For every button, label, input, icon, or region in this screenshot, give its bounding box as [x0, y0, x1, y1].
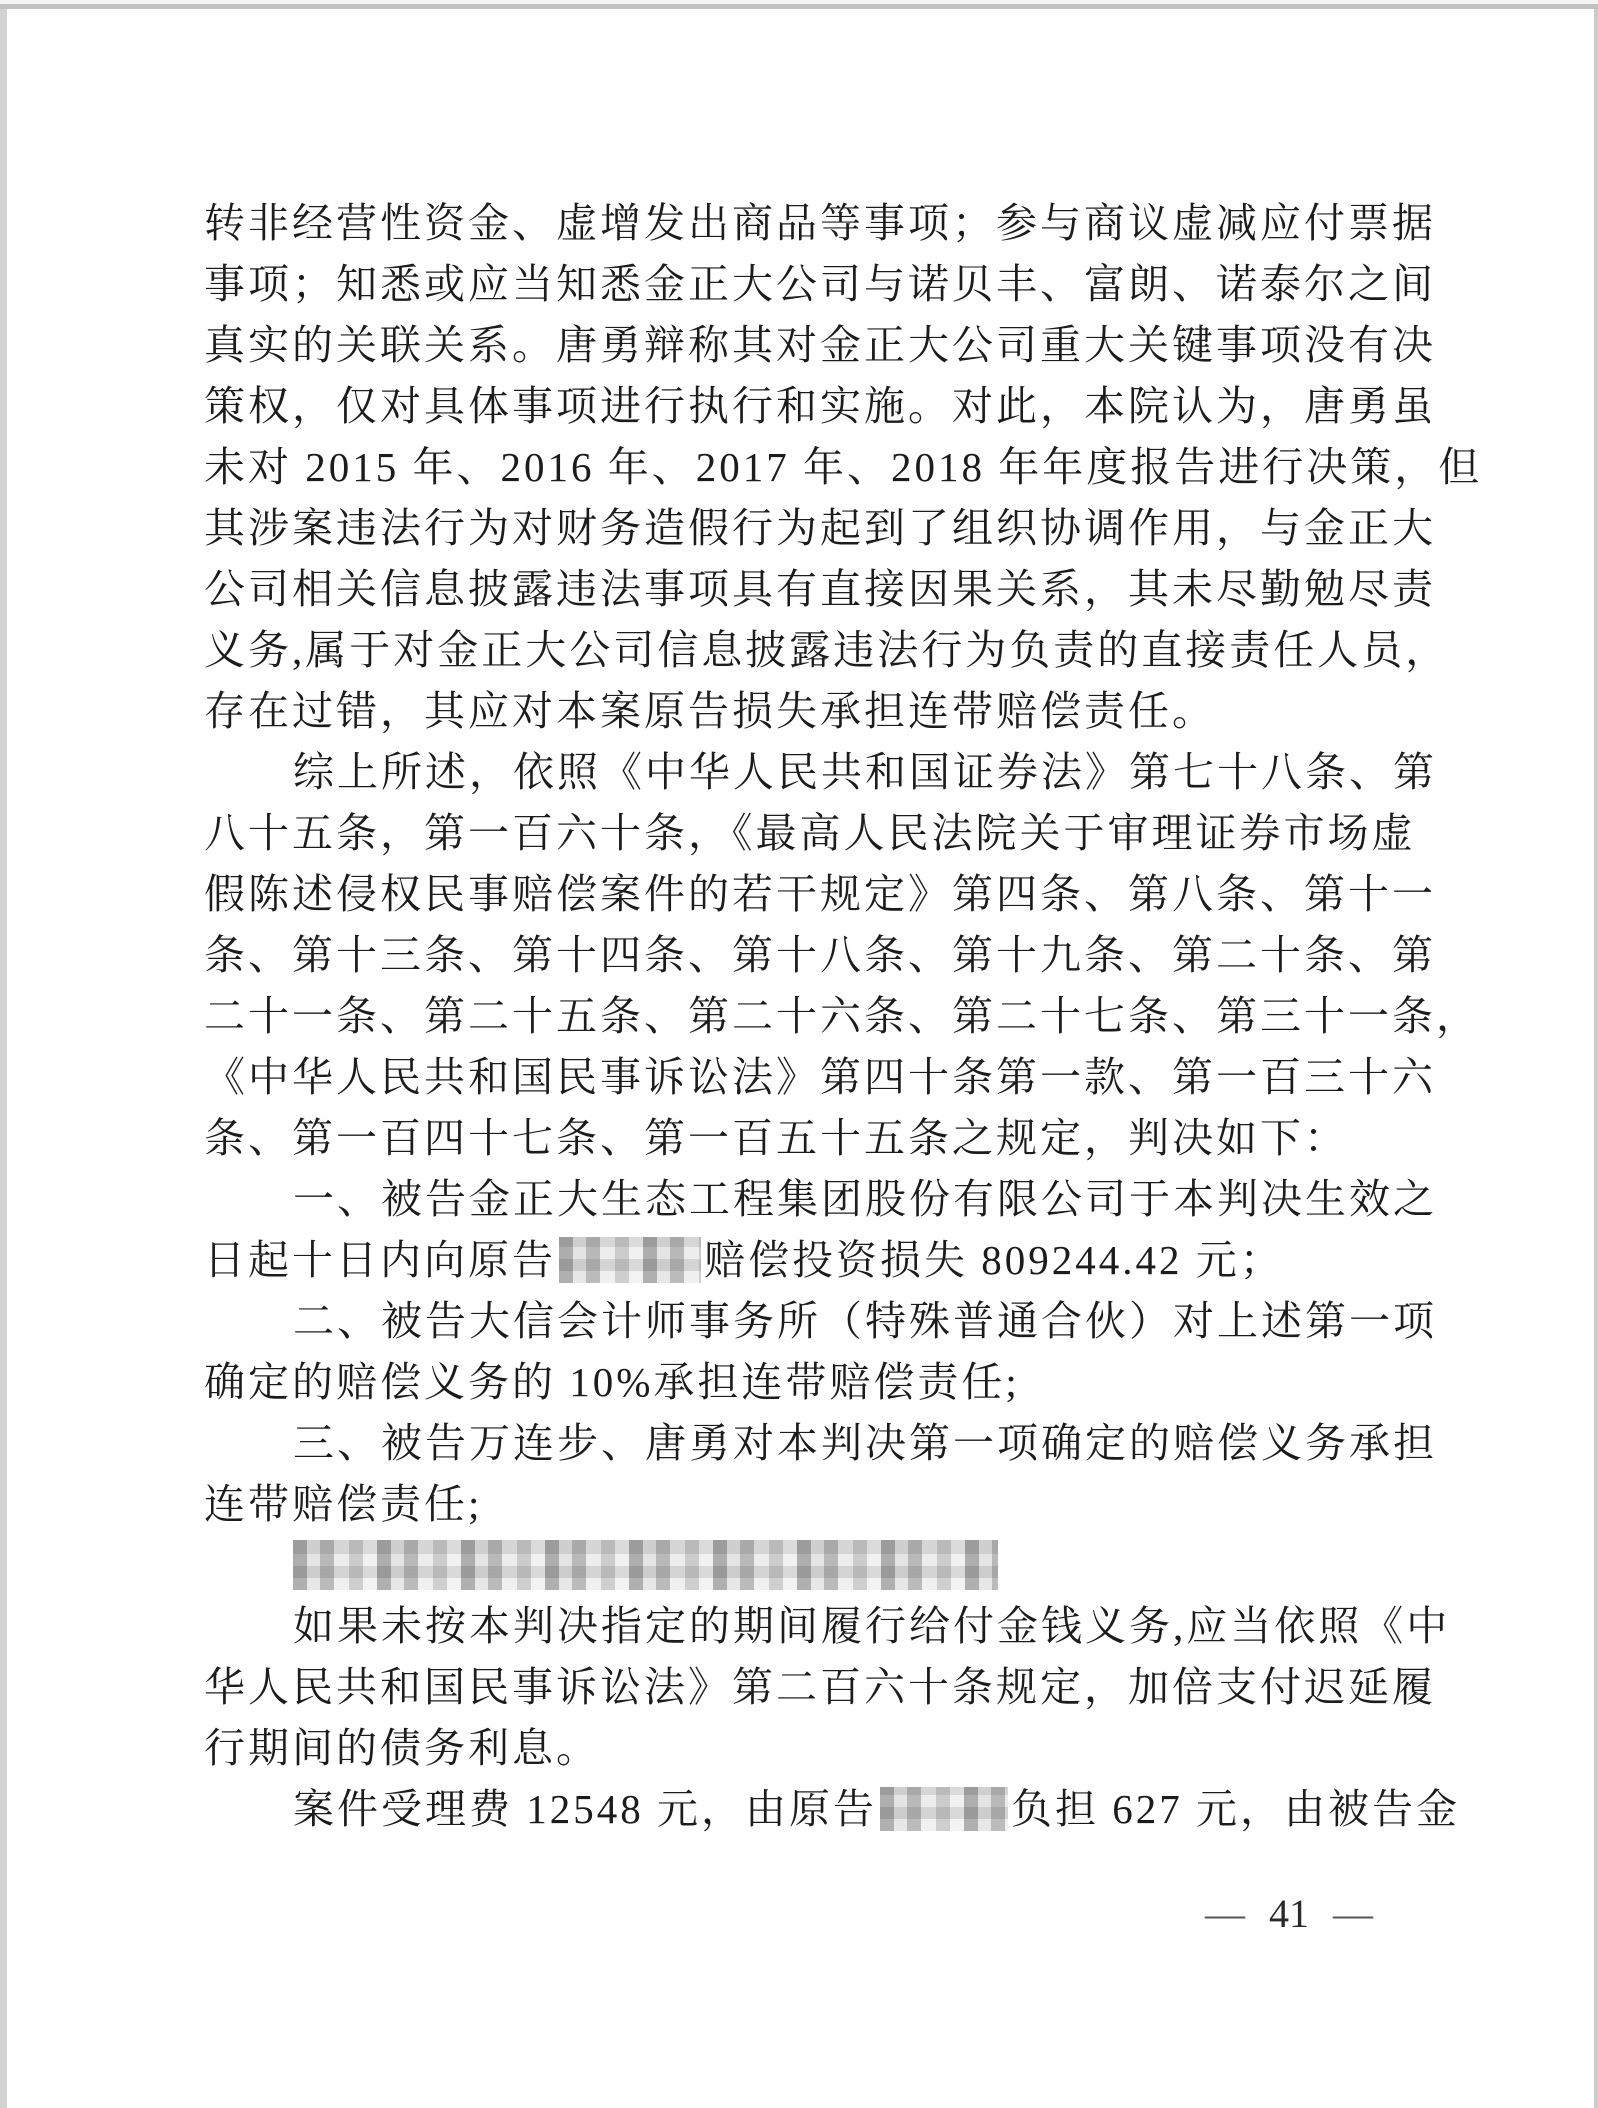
text-line: 未对 2015 年、2016 年、2017 年、2018 年年度报告进行决策，但: [204, 437, 1414, 498]
text-line: 公司相关信息披露违法事项具有直接因果关系，其未尽勤勉尽责: [204, 559, 1414, 620]
redacted-plaintiff-name: [880, 1787, 1008, 1831]
text-line-judgment-item-1: 一、被告金正大生态工程集团股份有限公司于本判决生效之: [204, 1169, 1414, 1230]
text-segment: 赔偿投资损失 809244.42 元；: [704, 1237, 1284, 1283]
text-line-judgment-item-3: 三、被告万连步、唐勇对本判决第一项确定的赔偿义务承担: [204, 1413, 1414, 1474]
text-line: 转非经营性资金、虚增发出商品等事项；参与商议虚减应付票据: [204, 193, 1414, 254]
page-footer: — 41 —: [1205, 1890, 1373, 1937]
text-line: 事项；知悉或应当知悉金正大公司与诺贝丰、富朗、诺泰尔之间: [204, 254, 1414, 315]
text-segment: 日起十日内向原告: [204, 1237, 556, 1283]
text-line: 策权，仅对具体事项进行执行和实施。对此，本院认为，唐勇虽: [204, 376, 1414, 437]
text-line: 条、第十三条、第十四条、第十八条、第十九条、第二十条、第: [204, 925, 1414, 986]
text-line: 义务,属于对金正大公司信息披露违法行为负责的直接责任人员，: [204, 620, 1414, 681]
text-line-paragraph-start: 综上所述，依照《中华人民共和国证券法》第七十八条、第: [204, 742, 1414, 803]
text-line: 存在过错，其应对本案原告损失承担连带赔偿责任。: [204, 681, 1414, 742]
text-segment: 案件受理费 12548 元，由原告: [293, 1786, 877, 1832]
text-line: 确定的赔偿义务的 10%承担连带赔偿责任;: [204, 1352, 1414, 1413]
text-line: 假陈述侵权民事赔偿案件的若干规定》第四条、第八条、第十一: [204, 864, 1414, 925]
redacted-full-line: [293, 1540, 998, 1590]
document-page: 转非经营性资金、虚增发出商品等事项；参与商议虚减应付票据 事项；知悉或应当知悉金…: [7, 9, 1594, 2108]
viewer-left-edge: [0, 9, 7, 2108]
text-line: 八十五条，第一百六十条，《最高人民法院关于审理证券市场虚: [204, 803, 1414, 864]
text-line-judgment-item-2: 二、被告大信会计师事务所（特殊普通合伙）对上述第一项: [204, 1291, 1414, 1352]
viewer-right-edge: [1594, 9, 1598, 2108]
page-number: 41: [1269, 1890, 1309, 1937]
footer-dash-left: —: [1205, 1890, 1245, 1937]
redacted-plaintiff-name: [559, 1237, 701, 1283]
text-segment: 负担 627 元，由被告金: [1011, 1786, 1460, 1832]
text-line: 华人民共和国民事诉讼法》第二百六十条规定，加倍支付迟延履: [204, 1657, 1414, 1718]
text-line: 真实的关联关系。唐勇辩称其对金正大公司重大关键事项没有决: [204, 315, 1414, 376]
text-line: 行期间的债务利息。: [204, 1718, 1414, 1779]
text-line: 二十一条、第二十五条、第二十六条、第二十七条、第三十一条，: [204, 986, 1414, 1047]
text-line: 《中华人民共和国民事诉讼法》第四十条第一款、第一百三十六: [204, 1047, 1414, 1108]
text-line: 连带赔偿责任;: [204, 1474, 1414, 1535]
text-line: 条、第一百四十七条、第一百五十五条之规定，判决如下：: [204, 1108, 1414, 1169]
footer-dash-right: —: [1333, 1890, 1373, 1937]
text-line-redacted: [204, 1535, 1414, 1596]
text-line-with-redaction: 案件受理费 12548 元，由原告负担 627 元，由被告金: [204, 1779, 1414, 1840]
judgment-text-block: 转非经营性资金、虚增发出商品等事项；参与商议虚减应付票据 事项；知悉或应当知悉金…: [204, 193, 1414, 1840]
text-line: 其涉案违法行为对财务造假行为起到了组织协调作用，与金正大: [204, 498, 1414, 559]
text-line-with-redaction: 日起十日内向原告赔偿投资损失 809244.42 元；: [204, 1230, 1414, 1291]
text-line-paragraph-start: 如果未按本判决指定的期间履行给付金钱义务,应当依照《中: [204, 1596, 1414, 1657]
